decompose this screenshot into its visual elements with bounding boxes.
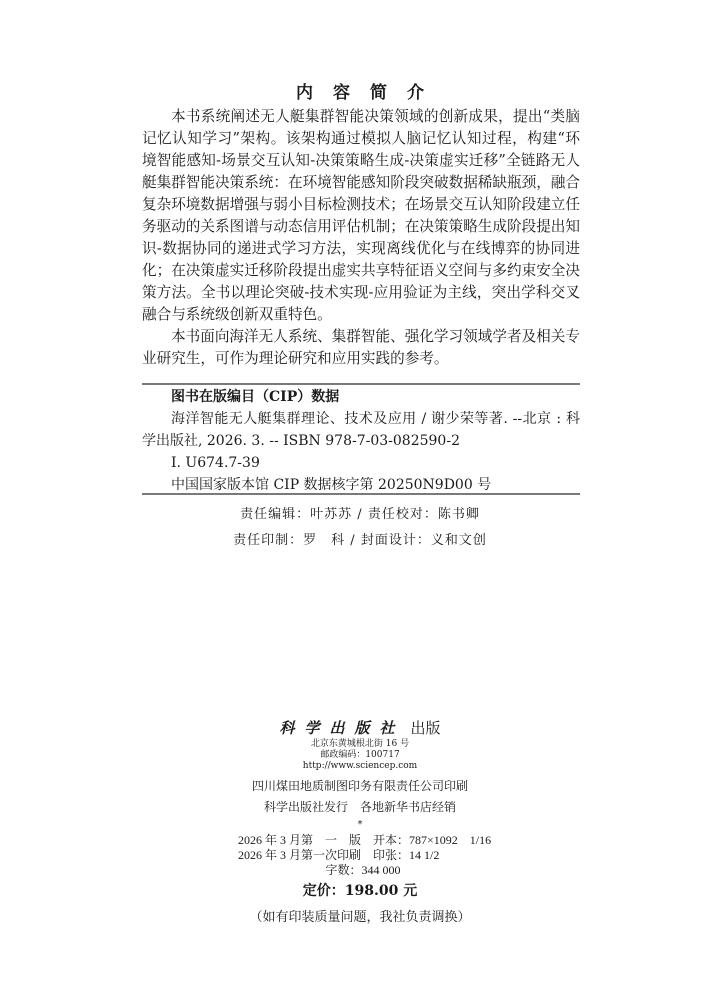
publisher-website: http://www.sciencep.com (0, 761, 720, 772)
price: 定价：198.00 元 (0, 880, 720, 900)
production-credits: 责任印制：罗 科 / 封面设计：义和文创 (0, 528, 720, 554)
abstract-paragraph: 本书系统阐述无人艇集群智能决策领域的创新成果，提出“类脑记忆认知学习”架构。该架… (142, 106, 580, 326)
credits-block: 责任编辑：叶苏苏 / 责任校对：陈书卿 责任印制：罗 科 / 封面设计：义和文创 (0, 502, 720, 554)
title-char: 简 (370, 78, 387, 103)
abstract-paragraph: 本书面向海洋无人系统、集群智能、强化学习领域学者及相关专业研究生，可作为理论研究… (142, 326, 580, 370)
publisher-imprint: 科学出版社出版 北京东黄城根北街 16 号 邮政编码：100717 http:/… (0, 718, 720, 772)
editor-credits: 责任编辑：叶苏苏 / 责任校对：陈书卿 (0, 502, 720, 528)
abstract-body: 本书系统阐述无人艇集群智能决策领域的创新成果，提出“类脑记忆认知学习”架构。该架… (142, 106, 580, 370)
distribution-info: 科学出版社发行 各地新华书店经销 (0, 797, 720, 818)
quality-notice: （如有印装质量问题，我社负责调换） (0, 906, 720, 925)
printing-block: 四川煤田地质制图印务有限责任公司印刷 科学出版社发行 各地新华书店经销 * (0, 776, 720, 832)
cip-classification: I. U674.7-39 (142, 452, 580, 474)
section-title: 内容简介 (0, 78, 720, 103)
publisher-logotype: 科学出版社 (279, 719, 404, 737)
specs-block: 2026 年 3 月第 一 版 开本：787×1092 1/16 2026 年 … (238, 833, 538, 878)
publisher-postcode: 邮政编码：100717 (0, 750, 720, 761)
separator-star: * (0, 818, 720, 832)
title-char: 介 (407, 78, 424, 103)
cip-block: 图书在版编目（CIP）数据 海洋智能无人艇集群理论、技术及应用 / 谢少荣等著.… (142, 386, 580, 496)
word-count: 字数：344 000 (238, 863, 488, 878)
cip-top-rule (142, 383, 580, 385)
impression-info: 2026 年 3 月第一次印刷 印张：14 1/2 (238, 848, 538, 863)
publisher-suffix: 出版 (411, 721, 441, 737)
publisher-line: 科学出版社出版 (0, 718, 720, 739)
cip-heading: 图书在版编目（CIP）数据 (142, 386, 580, 408)
title-char: 内 (296, 78, 313, 103)
copyright-page: 内容简介 本书系统阐述无人艇集群智能决策领域的创新成果，提出“类脑记忆认知学习”… (0, 0, 720, 1000)
publisher-address: 北京东黄城根北街 16 号 (0, 739, 720, 750)
cip-record: 海洋智能无人艇集群理论、技术及应用 / 谢少荣等著. --北京 : 科学出版社,… (142, 408, 580, 452)
cip-bottom-rule (142, 493, 580, 495)
printer-name: 四川煤田地质制图印务有限责任公司印刷 (0, 776, 720, 797)
title-char: 容 (333, 78, 350, 103)
edition-info: 2026 年 3 月第 一 版 开本：787×1092 1/16 (238, 833, 538, 848)
